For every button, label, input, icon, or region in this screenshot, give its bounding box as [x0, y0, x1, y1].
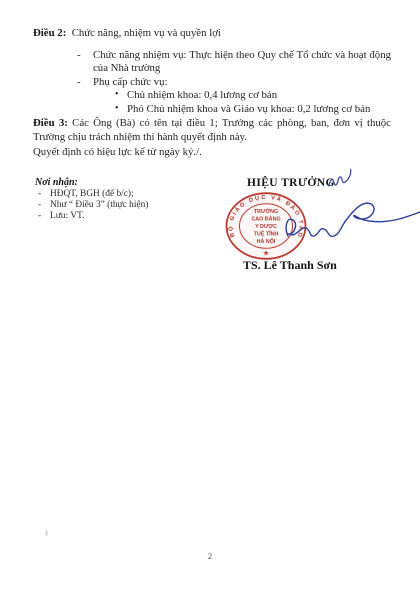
- article3-paragraph: Điều 3: Các Ông (Bà) có tên tại điều 1; …: [33, 117, 391, 144]
- list-item-line: của Nhà trường: [93, 62, 391, 76]
- recipient-text: HĐQT, BGH (để b/c);: [50, 189, 134, 199]
- list-item: • Chủ nhiệm khoa: 0,4 lương cơ bản: [33, 89, 391, 103]
- ink-initial-path: [329, 170, 351, 187]
- article2-label: Điều 2:: [33, 27, 66, 39]
- bullet-icon: •: [115, 102, 119, 116]
- signature-scribble: [270, 192, 420, 252]
- page-number: 2: [203, 551, 217, 561]
- article2-title: Chức năng, nhiệm vụ và quyền lợi: [72, 27, 221, 39]
- recipient-text: Như “ Điều 3” (thực hiện): [50, 200, 148, 210]
- scan-speck: [45, 530, 48, 536]
- document-body: Điều 2: Chức năng, nhiệm vụ và quyền lợi…: [33, 27, 391, 160]
- dash-icon: -: [77, 76, 81, 90]
- stamp-star-icon: ★: [263, 249, 270, 258]
- dash-icon: -: [38, 189, 41, 200]
- list-item: - Chức năng nhiệm vụ: Thực hiện theo Quy…: [33, 49, 391, 76]
- recipient-item: - Như “ Điều 3” (thực hiện): [35, 200, 205, 211]
- article3-label: Điều 3:: [33, 117, 68, 129]
- article3-line: Điều 3: Các Ông (Bà) có tên tại điều 1; …: [33, 117, 391, 131]
- list-item-line: Chức năng nhiệm vụ: Thực hiện theo Quy c…: [93, 49, 391, 63]
- recipient-text: Lưu: VT.: [50, 211, 84, 221]
- signer-name: TS. Lê Thanh Sơn: [243, 258, 337, 273]
- list-item-line: Chủ nhiệm khoa: 0,4 lương cơ bản: [127, 89, 391, 103]
- recipients-block: Nơi nhận: - HĐQT, BGH (để b/c); - Như “ …: [35, 177, 205, 222]
- list-item: • Phó Chủ nhiệm khoa và Giáo vụ khoa: 0,…: [33, 103, 391, 117]
- article2-heading: Điều 2: Chức năng, nhiệm vụ và quyền lợi: [33, 27, 391, 41]
- dash-icon: -: [38, 200, 41, 211]
- recipient-item: - HĐQT, BGH (để b/c);: [35, 189, 205, 200]
- recipient-item: - Lưu: VT.: [35, 211, 205, 222]
- article3-text: Các Ông (Bà) có tên tại điều 1; Trưởng c…: [72, 117, 391, 129]
- ink-initial-mark: [326, 167, 356, 194]
- bullet-icon: •: [115, 88, 119, 102]
- effective-line: Quyết định có hiệu lực kể từ ngày ký./.: [33, 146, 391, 160]
- dash-icon: -: [38, 211, 41, 222]
- document-page: Điều 2: Chức năng, nhiệm vụ và quyền lợi…: [0, 0, 420, 600]
- signature-path: [286, 203, 420, 236]
- article3-line: Trường chịu trách nhiệm thi hành quyết đ…: [33, 131, 391, 145]
- dash-icon: -: [77, 49, 81, 63]
- signature-title: HIỆU TRƯỞNG: [247, 177, 335, 189]
- recipients-header: Nơi nhận:: [35, 177, 205, 188]
- list-item-line: Phụ cấp chức vụ:: [93, 76, 391, 90]
- list-item: - Phụ cấp chức vụ:: [33, 76, 391, 90]
- list-item-line: Phó Chủ nhiệm khoa và Giáo vụ khoa: 0,2 …: [127, 103, 391, 117]
- article2-list: - Chức năng nhiệm vụ: Thực hiện theo Quy…: [33, 49, 391, 117]
